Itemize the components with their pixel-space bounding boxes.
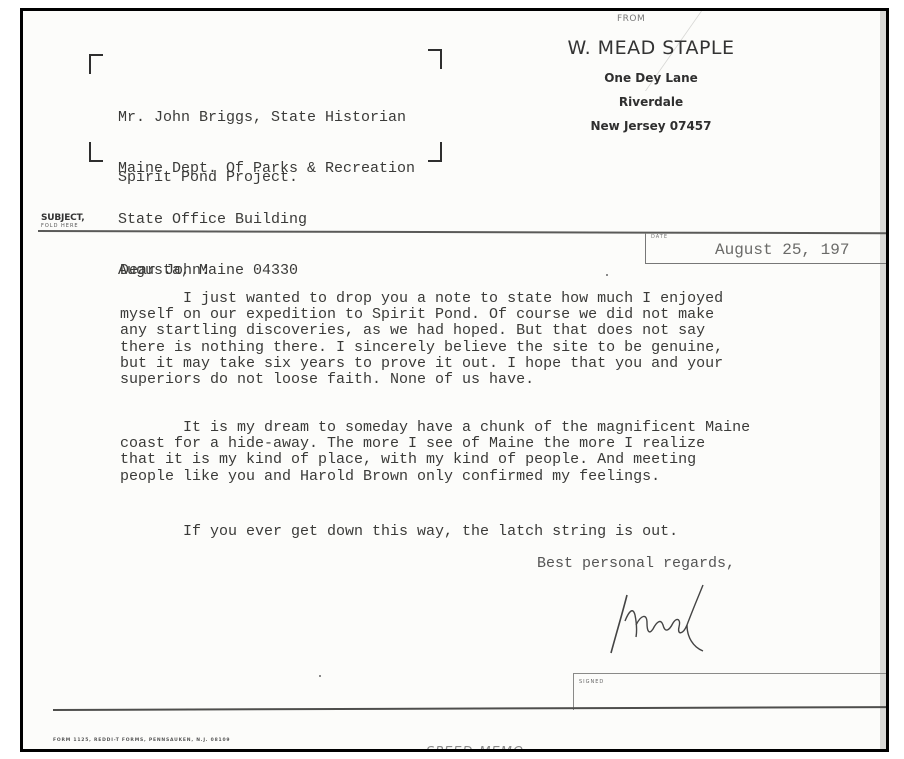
recipient-line: Mr. John Briggs, State Historian: [118, 109, 415, 126]
memo-page: Mr. John Briggs, State Historian Maine D…: [20, 8, 889, 752]
signed-box: [573, 673, 889, 710]
date-label: DATE: [651, 234, 668, 240]
ink-speck: [606, 274, 608, 276]
paragraph-1: I just wanted to drop you a note to stat…: [120, 291, 889, 388]
salutation: Dear John:: [120, 262, 210, 279]
sender-city: Riverdale: [531, 95, 771, 109]
address-window-corner-bl: [89, 142, 103, 162]
address-window-corner-tl: [89, 54, 103, 74]
subject-label: SUBJECT,: [41, 213, 84, 223]
sender-state-zip: New Jersey 07457: [531, 119, 771, 133]
subject-text: Spirit Pond Project.: [118, 169, 298, 186]
address-window-corner-br: [428, 142, 442, 162]
handwritten-signature: [603, 581, 713, 661]
paragraph-3: If you ever get down this way, the latch…: [120, 524, 889, 540]
sender-street: One Dey Lane: [531, 71, 771, 85]
sender-name: W. MEAD STAPLE: [531, 37, 771, 59]
from-label: FROM: [617, 14, 645, 24]
closing: Best personal regards,: [537, 555, 735, 572]
address-window-corner-tr: [428, 49, 442, 69]
paragraph-2: It is my dream to someday have a chunk o…: [120, 420, 889, 485]
fold-here-label: FOLD HERE: [41, 223, 79, 229]
form-printer-text: FORM 1125, REDDI-T FORMS, PENNSAUKEN, N.…: [53, 738, 230, 743]
ink-speck: [319, 675, 321, 677]
date-text: August 25, 197: [715, 241, 849, 259]
recipient-line: State Office Building: [118, 211, 415, 228]
signed-label: SIGNED: [579, 679, 604, 685]
speed-memo-brand: SPEED-MEMO: [426, 745, 524, 752]
